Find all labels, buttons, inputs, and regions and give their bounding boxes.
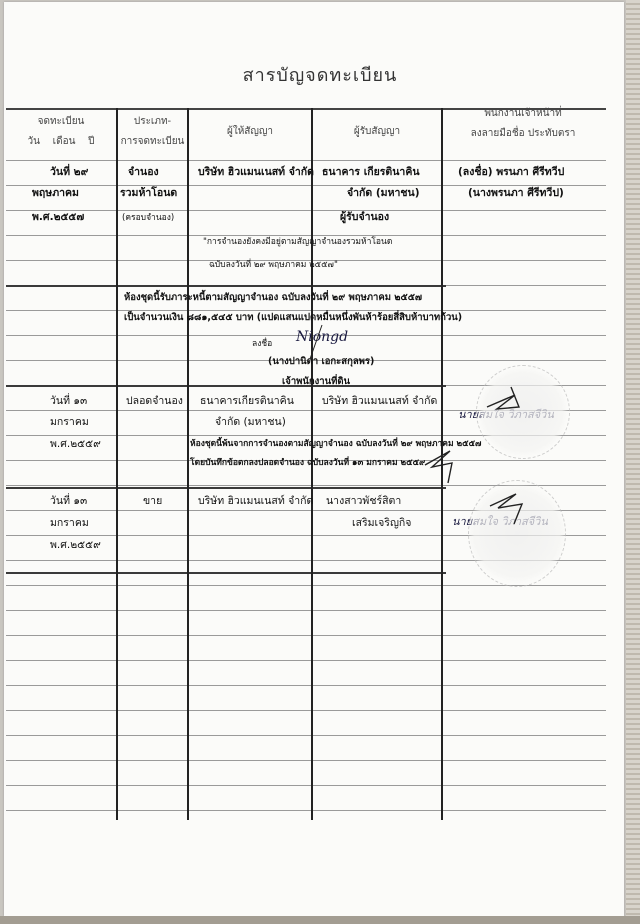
entry-date-month: พฤษภาคม [32, 186, 79, 200]
entry-grantee-role: ผู้รับจำนอง [340, 210, 389, 224]
ruled-line [6, 285, 446, 287]
header-text: วัน เดือน ปี [6, 132, 116, 152]
handwritten-mark-icon [488, 488, 528, 528]
officer-name: (นางพรนภา ศีรีทวีป) [468, 186, 564, 200]
ruled-line [6, 810, 606, 811]
entry-type-detail: รวมห้าโอนด [120, 186, 177, 200]
header-text: ลงลายมือชื่อ ประทับตรา [443, 124, 603, 144]
handwritten-mark-icon [485, 385, 525, 425]
entry-grantee-line2: เสริมเจริญกิจ [352, 516, 411, 530]
ruled-line [6, 635, 606, 636]
ruled-line [6, 735, 606, 736]
signer-title: เจ้าพนักงานที่ดิน [282, 375, 350, 389]
header-text: จดทะเบียน [6, 112, 116, 132]
ruled-line [6, 685, 606, 686]
ruled-line [6, 760, 606, 761]
signature-stroke-icon [296, 345, 336, 365]
page-bottom-edge [0, 916, 640, 924]
header-registration-type: ประเภท- การจดทะเบียน [118, 112, 187, 152]
entry-type: ปลอดจำนอง [126, 394, 183, 408]
entry-grantor: บริษัท ฮิวแมนเนสท์ จำกัด [198, 494, 313, 508]
column-divider-2 [187, 108, 189, 820]
entry-type: จำนอง [128, 165, 159, 179]
header-grantee: ผู้รับสัญญา [313, 122, 441, 142]
entry-date-month: มกราคม [50, 516, 89, 530]
entry-note-line2: ฉบับลงวันที่ ๒๙ พฤษภาคม ๒๕๕๗" [209, 258, 338, 272]
entry-grantee-line2: จำกัด (มหาชน) [347, 186, 420, 200]
ruled-line [6, 572, 446, 574]
ruled-line [6, 710, 606, 711]
handwritten-mark-icon [420, 445, 460, 485]
entry-type: ขาย [143, 494, 162, 508]
header-officer: พนักงานเจ้าหน้าที่ ลงลายมือชื่อ ประทับตร… [443, 104, 603, 144]
release-note-line2: โดยบันทึกข้อตกลงปลอดจำนอง ฉบับลงวันที่ ๑… [190, 456, 425, 470]
entry-date-year: พ.ศ.๒๕๕๙ [50, 437, 101, 451]
ruled-line [6, 210, 606, 211]
entry-type-note: (ครอบจำนอง) [122, 211, 174, 225]
entry-grantee: บริษัท ฮิวแมนเนสท์ จำกัด [322, 394, 437, 408]
ruled-line [6, 785, 606, 786]
entry-note-line1: "การจำนองยังคงมีอยู่ตามสัญญาจำนองรวมห้าโ… [203, 235, 392, 249]
assumption-note-line2: เป็นจำนวนเงิน ๘๘๑,๕๔๕ บาท (แปดแสนแปดหมื่… [124, 311, 462, 325]
page-edge-shadow [626, 0, 640, 924]
entry-date-day: วันที่ ๒๙ [50, 165, 88, 179]
header-registration-date: จดทะเบียน วัน เดือน ปี [6, 112, 116, 152]
ruled-line [6, 160, 606, 161]
assumption-note-line1: ห้องชุดนี้รับภาระหนี้ตามสัญญาจำนอง ฉบับล… [124, 291, 422, 305]
officer-sign-line: (ลงชื่อ) พรนภา ศีรีทวีป [458, 165, 564, 179]
entry-grantor: บริษัท ฮิวแมนเนสท์ จำกัด [198, 165, 314, 179]
ruled-line [6, 487, 446, 489]
entry-grantor-line2: จำกัด (มหาชน) [215, 415, 286, 429]
ruled-line [6, 610, 606, 611]
header-text: ประเภท- [118, 112, 187, 132]
column-divider-1 [116, 108, 118, 820]
sign-label: ลงชื่อ [252, 337, 272, 351]
entry-grantee: นางสาวพัชร์สิตา [326, 494, 401, 508]
entry-date-day: วันที่ ๑๓ [50, 494, 87, 508]
header-text: การจดทะเบียน [118, 132, 187, 152]
entry-date-month: มกราคม [50, 415, 89, 429]
document-title: สารบัญจดทะเบียน [0, 60, 640, 89]
entry-grantor: ธนาคารเกียรตินาคิน [200, 394, 294, 408]
entry-grantee: ธนาคาร เกียรตินาคิน [322, 165, 420, 179]
header-text: พนักงานเจ้าหน้าที่ [443, 104, 603, 124]
officer-signature: Niongd [296, 329, 348, 345]
entry-date-year: พ.ศ.๒๕๕๙ [50, 538, 101, 552]
entry-date-year: พ.ศ.๒๕๕๗ [32, 210, 84, 224]
ruled-line [6, 660, 606, 661]
header-grantor: ผู้ให้สัญญา [189, 122, 311, 142]
entry-date-day: วันที่ ๑๓ [50, 394, 87, 408]
ruled-line [6, 385, 446, 387]
